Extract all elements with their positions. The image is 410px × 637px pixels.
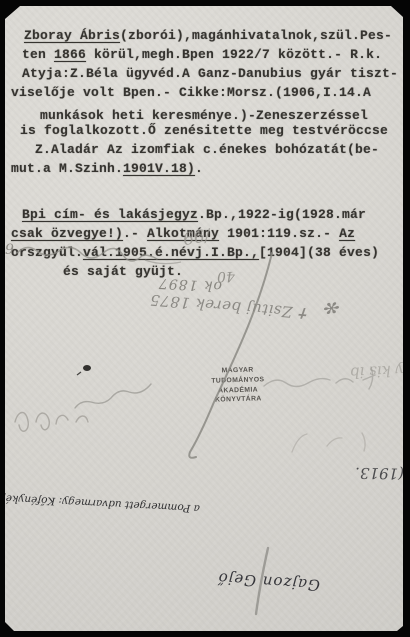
- pencil-faint-curves: [292, 433, 365, 452]
- scanned-card: Zboray Ábris(zborói),magánhivatalnok,szü…: [0, 0, 410, 637]
- card-paper: Zboray Ábris(zborói),magánhivatalnok,szü…: [5, 6, 403, 631]
- pencil-cross-mark: ✻: [319, 296, 340, 321]
- typed-paragraph-biography: Zboray Ábris(zborói),magánhivatalnok,szü…: [11, 26, 403, 178]
- ink-blot: [83, 365, 91, 371]
- typed-line: mut.a M.Szinh.1901V.18).: [11, 159, 403, 178]
- ink-blot-tail: [77, 372, 81, 375]
- typed-line: viselője volt Bpen.- Cikke:Morsz.(1906,I…: [11, 83, 403, 102]
- typed-line: Atyja:Z.Béla ügyvéd.A Ganz-Danubius gyár…: [22, 64, 403, 83]
- typed-line: Bpi cím- és lakásjegyz.Bp.,1922-ig(1928.…: [22, 205, 403, 224]
- pencil-faint-note-upside-down: y kis ib: [292, 361, 405, 385]
- pencil-loops-left-of-stamp: [15, 412, 88, 431]
- typed-line: Zboray Ábris(zborói),magánhivatalnok,szü…: [24, 26, 403, 45]
- stamp-line: TUDOMÁNYOS AKADÉMIA: [196, 375, 280, 397]
- pencil-margin-digit: 9: [5, 242, 14, 258]
- library-stamp: MAGYAR TUDOMÁNYOS AKADÉMIA KÖNYVTÁRA: [196, 365, 281, 406]
- typed-line: ten 1866 körül,megh.Bpen 1922/7 között.-…: [22, 45, 403, 64]
- typed-line: Z.Aladár Az izomfiak c.énekes bohózatát(…: [35, 140, 403, 159]
- pencil-scribble-left-of-stamp: [75, 384, 151, 408]
- stamp-line: KÖNYVTÁRA: [196, 394, 280, 406]
- typed-line: is foglalkozott.Ő zenésitette meg testvé…: [20, 121, 403, 140]
- ink-year-note-upside-down: (1913.: [324, 463, 404, 482]
- ink-note-upside-down: a Pommergett udvarmegy: Kőfényképe: [28, 494, 200, 515]
- ink-signature-upside-down: Gajzon Gejő: [198, 568, 321, 594]
